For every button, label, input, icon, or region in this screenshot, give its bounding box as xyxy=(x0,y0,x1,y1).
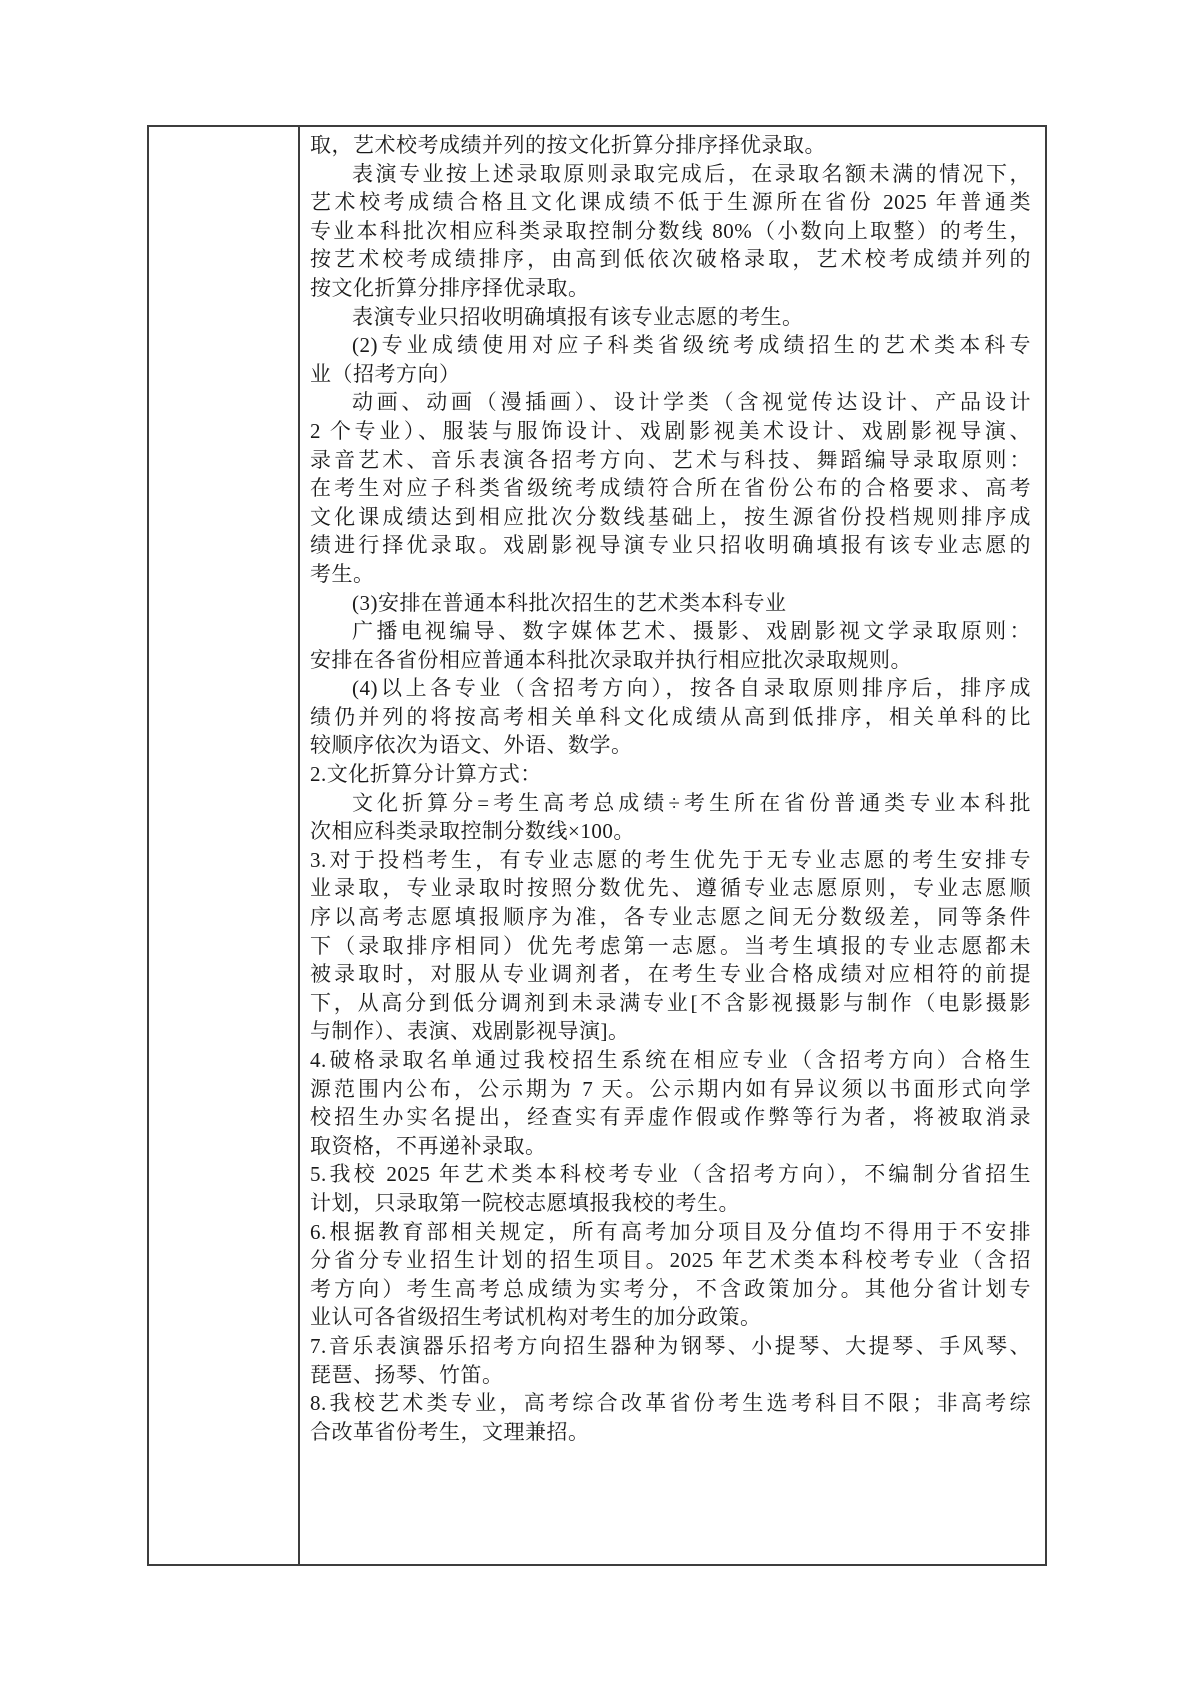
text-line: 被录取时，对服从专业调剂者，在考生专业合格成绩对应相符的前提 xyxy=(310,960,1031,989)
text-line: 考生。 xyxy=(310,560,1031,589)
text-line: 录音艺术、音乐表演各招考方向、艺术与科技、舞蹈编导录取原则： xyxy=(310,446,1031,475)
text-line: 3.对于投档考生，有专业志愿的考生优先于无专业志愿的考生安排专 xyxy=(310,846,1031,875)
text-line: 动画、动画（漫插画）、设计学类（含视觉传达设计、产品设计 xyxy=(310,388,1031,417)
rules-table: 取，艺术校考成绩并列的按文化折算分排序择优录取。表演专业按上述录取原则录取完成后… xyxy=(147,125,1047,1566)
text-line: 在考生对应子科类省级统考成绩符合所在省份公布的合格要求、高考 xyxy=(310,474,1031,503)
text-line: 计划，只录取第一院校志愿填报我校的考生。 xyxy=(310,1189,1031,1218)
text-line: 专业本科批次相应科类录取控制分数线 80%（小数向上取整）的考生， xyxy=(310,217,1031,246)
text-line: 业（招考方向） xyxy=(310,360,1031,389)
text-line: 安排在各省份相应普通本科批次录取并执行相应批次录取规则。 xyxy=(310,646,1031,675)
text-line: 源范围内公布，公示期为 7 天。公示期内如有异议须以书面形式向学 xyxy=(310,1075,1031,1104)
text-line: 绩仍并列的将按高考相关单科文化成绩从高到低排序，相关单科的比 xyxy=(310,703,1031,732)
text-line: 4.破格录取名单通过我校招生系统在相应专业（含招考方向）合格生 xyxy=(310,1046,1031,1075)
table-content-cell: 取，艺术校考成绩并列的按文化折算分排序择优录取。表演专业按上述录取原则录取完成后… xyxy=(300,127,1045,1564)
text-line: 文化课成绩达到相应批次分数线基础上，按生源省份投档规则排序成 xyxy=(310,503,1031,532)
text-line: 较顺序依次为语文、外语、数学。 xyxy=(310,731,1031,760)
text-line: 分省分专业招生计划的招生项目。2025 年艺术类本科校考专业（含招 xyxy=(310,1246,1031,1275)
table-left-cell xyxy=(149,127,300,1564)
text-line: 按艺术校考成绩排序，由高到低依次破格录取，艺术校考成绩并列的 xyxy=(310,245,1031,274)
text-line: 绩进行择优录取。戏剧影视导演专业只招收明确填报有该专业志愿的 xyxy=(310,531,1031,560)
text-line: 合改革省份考生，文理兼招。 xyxy=(310,1418,1031,1447)
text-line: 考方向）考生高考总成绩为实考分，不含政策加分。其他分省计划专 xyxy=(310,1275,1031,1304)
text-line: 业录取，专业录取时按照分数优先、遵循专业志愿原则，专业志愿顺 xyxy=(310,874,1031,903)
text-line: 6.根据教育部相关规定，所有高考加分项目及分值均不得用于不安排 xyxy=(310,1218,1031,1247)
text-line: 8.我校艺术类专业，高考综合改革省份考生选考科目不限；非高考综 xyxy=(310,1389,1031,1418)
text-line: 业认可各省级招生考试机构对考生的加分政策。 xyxy=(310,1303,1031,1332)
text-line: 广播电视编导、数字媒体艺术、摄影、戏剧影视文学录取原则： xyxy=(310,617,1031,646)
text-line: 按文化折算分排序择优录取。 xyxy=(310,274,1031,303)
text-line: 琵琶、扬琴、竹笛。 xyxy=(310,1361,1031,1390)
text-line: (4)以上各专业（含招考方向），按各自录取原则排序后，排序成 xyxy=(310,674,1031,703)
text-line: 下，从高分到低分调剂到未录满专业[不含影视摄影与制作（电影摄影 xyxy=(310,989,1031,1018)
text-line: 与制作）、表演、戏剧影视导演]。 xyxy=(310,1017,1031,1046)
text-line: 2.文化折算分计算方式： xyxy=(310,760,1031,789)
text-line: 下（录取排序相同）优先考虑第一志愿。当考生填报的专业志愿都未 xyxy=(310,932,1031,961)
text-line: 取，艺术校考成绩并列的按文化折算分排序择优录取。 xyxy=(310,131,1031,160)
text-line: 2 个专业）、服装与服饰设计、戏剧影视美术设计、戏剧影视导演、 xyxy=(310,417,1031,446)
text-line: (2)专业成绩使用对应子科类省级统考成绩招生的艺术类本科专 xyxy=(310,331,1031,360)
text-line: 文化折算分=考生高考总成绩÷考生所在省份普通类专业本科批 xyxy=(310,789,1031,818)
text-line: 7.音乐表演器乐招考方向招生器种为钢琴、小提琴、大提琴、手风琴、 xyxy=(310,1332,1031,1361)
document-page: 取，艺术校考成绩并列的按文化折算分排序择优录取。表演专业按上述录取原则录取完成后… xyxy=(0,0,1191,1684)
text-line: 次相应科类录取控制分数线×100。 xyxy=(310,817,1031,846)
text-line: 序以高考志愿填报顺序为准，各专业志愿之间无分数级差，同等条件 xyxy=(310,903,1031,932)
text-line: 取资格，不再递补录取。 xyxy=(310,1132,1031,1161)
text-line: 5.我校 2025 年艺术类本科校考专业（含招考方向），不编制分省招生 xyxy=(310,1160,1031,1189)
text-line: 表演专业按上述录取原则录取完成后，在录取名额未满的情况下， xyxy=(310,160,1031,189)
text-line: (3)安排在普通本科批次招生的艺术类本科专业 xyxy=(310,589,1031,618)
text-line: 艺术校考成绩合格且文化课成绩不低于生源所在省份 2025 年普通类 xyxy=(310,188,1031,217)
text-line: 校招生办实名提出，经查实有弄虚作假或作弊等行为者，将被取消录 xyxy=(310,1103,1031,1132)
text-line: 表演专业只招收明确填报有该专业志愿的考生。 xyxy=(310,303,1031,332)
